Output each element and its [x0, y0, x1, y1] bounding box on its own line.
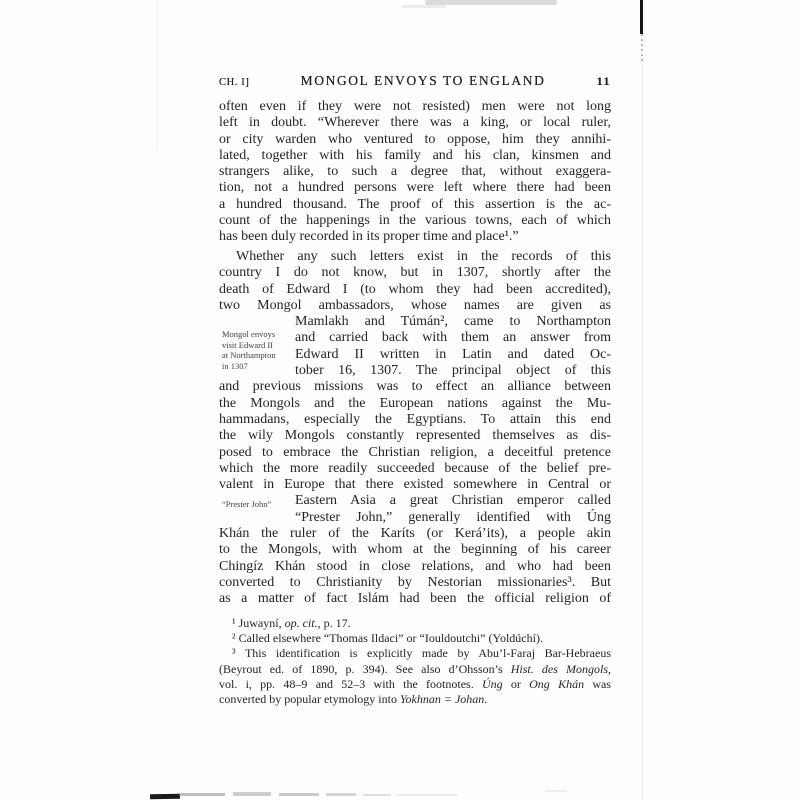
scan-artifact-bottom-dash	[326, 793, 356, 796]
text-segment: .	[484, 692, 487, 706]
text-segment: ² Called elsewhere “Thomas Ildaci” or “I…	[232, 631, 543, 645]
text-segment: lated, together with his family and his …	[219, 148, 611, 163]
text-segment: ¹ Juwayní,	[232, 616, 285, 630]
footnotes: ¹ Juwayní, op. cit., p. 17.² Called else…	[219, 616, 611, 707]
scan-artifact-bottom-dash	[279, 793, 319, 796]
body-line: has been duly recorded in its proper tim…	[219, 229, 611, 245]
text-segment: converted by popular etymology into	[219, 692, 400, 706]
scan-artifact-bottom-dash	[179, 793, 225, 796]
scan-artifact-right-bar	[640, 0, 643, 34]
text-segment: the Mongols and the European nations aga…	[219, 396, 611, 411]
text-segment: or	[503, 677, 530, 691]
scan-artifact-bottom-dash	[233, 792, 271, 796]
margin-note-line: in 1307	[222, 361, 294, 372]
italic-text: Yokhnan = Johan	[400, 692, 484, 706]
body-line: the Mongols and the European nations aga…	[219, 396, 611, 412]
text-segment: and carried back with them an answer fro…	[295, 330, 611, 345]
text-segment: two Mongol ambassadors, whose names are …	[219, 298, 611, 313]
text-segment: (Beyrout ed. of 1890, p. 394). See also …	[219, 662, 511, 676]
footnote-line: (Beyrout ed. of 1890, p. 394). See also …	[219, 662, 611, 677]
scan-artifact-bottom-bar	[150, 794, 180, 800]
book-page-scan: CH. I] MONGOL ENVOYS TO ENGLAND 11 often…	[0, 0, 800, 800]
footnote-line: ¹ Juwayní, op. cit., p. 17.	[219, 616, 611, 631]
footnote-line: vol. i, pp. 48–9 and 52–3 with the footn…	[219, 677, 611, 692]
paragraph-2: Whether any such letters exist in the re…	[219, 249, 611, 608]
footnote-line: ² Called elsewhere “Thomas Ildaci” or “I…	[219, 631, 611, 646]
body-line: Chingíz Khán stood in close relations, a…	[219, 559, 611, 575]
text-segment: death of Edward I (to whom they had been…	[219, 282, 611, 297]
body-line: posed to embrace the Christian religion,…	[219, 445, 611, 461]
body-line: and previous missions was to effect an a…	[219, 379, 611, 395]
text-segment: a hundred thousand. The proof of this as…	[219, 197, 611, 212]
text-segment: strangers alike, to such a degree that, …	[219, 164, 611, 179]
chapter-label: CH. I]	[219, 77, 249, 88]
margin-note-mongol-envoys: Mongol envoysvisit Edward IIat Northampt…	[222, 329, 294, 371]
body-line: which the more readily succeeded because…	[219, 461, 611, 477]
scan-artifact-bottom-dash	[545, 790, 567, 792]
margin-note-line: visit Edward II	[222, 340, 294, 351]
body-line: tion, not a hundred persons were left wh…	[219, 180, 611, 196]
text-segment: or city warden who ventured to oppose, h…	[219, 132, 611, 147]
margin-note-line: at Northampton	[222, 350, 294, 361]
text-segment: Eastern Asia a great Christian emperor c…	[295, 493, 611, 508]
body-line: “Prester John,” generally identified wit…	[219, 510, 611, 526]
text-segment: ³ This identification is explicitly made…	[232, 646, 611, 660]
text-segment: posed to embrace the Christian religion,…	[219, 445, 611, 460]
text-segment: converted to Christianity by Nestorian m…	[219, 575, 611, 590]
text-segment: left in doubt. “Wherever there was a kin…	[219, 115, 611, 130]
body-line: the wily Mongols constantly represented …	[219, 428, 611, 444]
body-line: valent in Europe that there existed some…	[219, 477, 611, 493]
footnote-line: converted by popular etymology into Yokh…	[219, 692, 611, 707]
body-line: two Mongol ambassadors, whose names are …	[219, 298, 611, 314]
text-segment: has been duly recorded in its proper tim…	[219, 229, 519, 244]
body-line: country I do not know, but in 1307, shor…	[219, 265, 611, 281]
scan-artifact-right-fade	[641, 34, 643, 64]
page-edge-right	[642, 58, 643, 800]
paragraph-1: often even if they were not resisted) me…	[219, 99, 611, 246]
text-segment: the wily Mongols constantly represented …	[219, 428, 611, 443]
body-line: left in doubt. “Wherever there was a kin…	[219, 115, 611, 131]
scan-artifact-bottom-dash	[363, 794, 391, 796]
text-segment: Khán the ruler of the Karíts (or Kerá’it…	[219, 526, 611, 541]
text-segment: Chingíz Khán stood in close relations, a…	[219, 559, 611, 574]
text-segment: Whether any such letters exist in the re…	[236, 249, 611, 264]
body-line: Khán the ruler of the Karíts (or Kerá’it…	[219, 526, 611, 542]
footnote-line: ³ This identification is explicitly made…	[219, 646, 611, 661]
scan-artifact-top-smudge-2	[402, 5, 446, 8]
body-line: often even if they were not resisted) me…	[219, 99, 611, 115]
text-segment: Mamlakh and Túmán², came to Northampton	[295, 314, 611, 329]
body-line: death of Edward I (to whom they had been…	[219, 282, 611, 298]
text-segment: was	[584, 677, 611, 691]
body-line: Whether any such letters exist in the re…	[219, 249, 611, 265]
italic-text: Úng	[482, 677, 503, 691]
margin-note-line: Mongol envoys	[222, 329, 294, 340]
page-edge-left	[157, 0, 158, 150]
body-line: or city warden who ventured to oppose, h…	[219, 132, 611, 148]
text-segment: vol. i, pp. 48–9 and 52–3 with the footn…	[219, 677, 482, 691]
text-segment: hammadans, especially the Egyptians. To …	[219, 412, 611, 427]
body-line: converted to Christianity by Nestorian m…	[219, 575, 611, 591]
text-segment: , p. 17.	[318, 616, 351, 630]
text-segment: country I do not know, but in 1307, shor…	[219, 265, 611, 280]
body-line: a hundred thousand. The proof of this as…	[219, 197, 611, 213]
text-segment: which the more readily succeeded because…	[219, 461, 611, 476]
text-segment: “Prester John,” generally identified wit…	[295, 510, 611, 525]
body-line: strangers alike, to such a degree that, …	[219, 164, 611, 180]
text-segment: as a matter of fact Islám had been the o…	[219, 591, 611, 606]
body-line: count of the happenings in the various t…	[219, 213, 611, 229]
text-segment: tion, not a hundred persons were left wh…	[219, 180, 611, 195]
page-number: 11	[597, 74, 611, 89]
margin-note-prester-john: “Prester John”	[222, 499, 294, 510]
text-segment: valent in Europe that there existed some…	[219, 477, 611, 492]
text-segment: and previous missions was to effect an a…	[219, 379, 611, 394]
margin-note-line: “Prester John”	[222, 499, 294, 510]
italic-text: op. cit.	[285, 616, 318, 630]
running-head: CH. I] MONGOL ENVOYS TO ENGLAND 11	[219, 73, 611, 90]
page-title: MONGOL ENVOYS TO ENGLAND	[301, 73, 546, 89]
text-segment: to the Mongols, with whom at the beginni…	[219, 542, 611, 557]
text-segment: often even if they were not resisted) me…	[219, 99, 611, 114]
body-line: lated, together with his family and his …	[219, 148, 611, 164]
italic-text: Hist. des Mongols	[511, 662, 608, 676]
text-segment: tober 16, 1307. The principal object of …	[295, 363, 611, 378]
italic-text: Ong Khán	[529, 677, 584, 691]
scan-artifact-bottom-dash	[396, 794, 458, 796]
body-line: as a matter of fact Islám had been the o…	[219, 591, 611, 607]
body-line: hammadans, especially the Egyptians. To …	[219, 412, 611, 428]
text-segment: Edward II written in Latin and dated Oc-	[295, 347, 611, 362]
body-line: to the Mongols, with whom at the beginni…	[219, 542, 611, 558]
text-segment: ,	[608, 662, 611, 676]
text-segment: count of the happenings in the various t…	[219, 213, 611, 228]
